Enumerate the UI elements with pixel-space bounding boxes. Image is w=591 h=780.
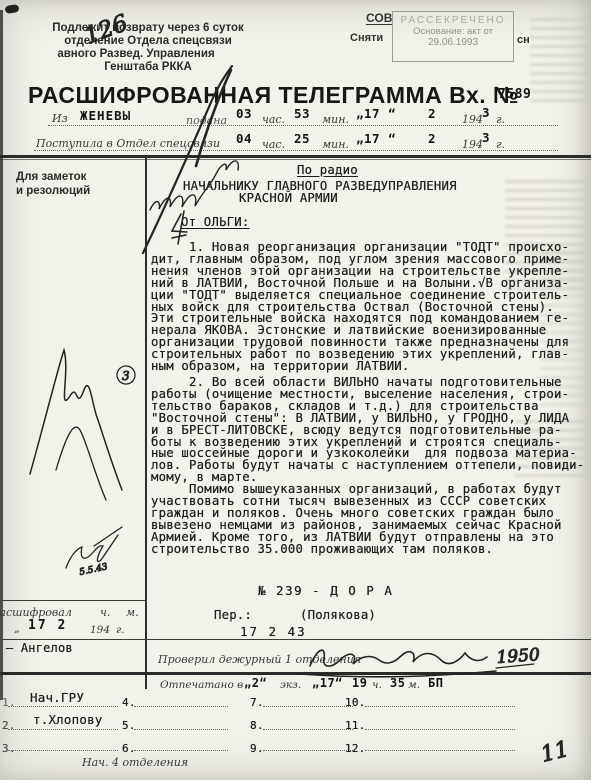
sent-min: 53 — [294, 106, 310, 121]
return-notice-line4: Генштаба РККА — [8, 61, 288, 74]
recv-month: 2 — [428, 131, 436, 146]
section4-chief-label: Нач. 4 отделения — [82, 756, 188, 769]
sent-g-label: г. — [496, 113, 505, 126]
classification-sn: сн — [517, 34, 530, 46]
printed-label2: экз. — [280, 679, 301, 691]
decrypt-date-quote: „ — [14, 622, 20, 635]
printed-ch-label: ч. — [372, 679, 382, 691]
decryptor-name: — Ангелов — [6, 641, 73, 655]
printed-copies: „2“ — [244, 676, 267, 690]
footer-heavy-rule — [0, 672, 591, 675]
handwritten-1950: 1950 — [496, 645, 541, 668]
from-city: ЖЕНЕВЫ — [80, 108, 131, 123]
translator-label: Пер.: — [214, 608, 252, 622]
stamp-date: 29.06.1993 — [393, 37, 513, 48]
sender-line: От ОЛЬГИ: — [181, 215, 249, 229]
printed-label1: Отпечатано в — [160, 679, 243, 691]
dist-line-12 — [365, 749, 515, 751]
dist-num-7: 7. — [250, 696, 264, 709]
dist-num-8: 8. — [250, 719, 264, 732]
decrypt-date: 17 2 — [28, 618, 67, 633]
received-label: Поступила в Отдел спецсвязи — [36, 137, 220, 150]
circled-3-ring — [117, 366, 135, 384]
sent-hour: 03 — [236, 106, 252, 121]
dist-line-6 — [134, 749, 228, 751]
dist-line-11 — [365, 728, 515, 730]
recv-min-label: мин. — [322, 138, 349, 151]
sent-min-label: мин. — [322, 113, 349, 126]
margin-vertical-rule — [145, 157, 147, 689]
margin-scribble — [30, 350, 122, 490]
recv-year-label: 194 — [462, 138, 483, 151]
decrypted-m-label: м. — [126, 606, 139, 619]
dist-line-5 — [134, 728, 228, 730]
dist-line-2 — [8, 728, 118, 730]
margin-scribble-2 — [56, 427, 106, 500]
printed-min: 35 — [390, 676, 405, 690]
scan-left-edge — [0, 10, 3, 700]
handwritten-11: 11 — [538, 737, 571, 768]
body-paragraph-3: Помимо вышеуказанных организаций, в рабо… — [151, 484, 562, 555]
printed-m-label: м. — [408, 679, 420, 691]
telegram-document: Подлежит возврату через 6 суток отделени… — [0, 0, 591, 780]
notes-label: Для заметок и резолюций — [16, 170, 90, 198]
sent-year-digit: 3 — [482, 105, 490, 120]
dist-num-10: 10. — [345, 696, 365, 709]
dist-line-9 — [263, 749, 353, 751]
decrypt-g-label: г. — [116, 624, 125, 636]
dist-value-2: т.Хлопову — [33, 712, 103, 727]
header-rule — [0, 155, 591, 158]
scan-corner-blob — [5, 4, 20, 14]
addressee-line2: КРАСНОЙ АРМИИ — [239, 191, 338, 205]
dist-num-5: 5. — [122, 719, 136, 732]
stamp-basis: Основание: акт от — [393, 26, 513, 37]
decrypt-year-label: 194 — [90, 624, 110, 636]
translator-underline — [0, 639, 591, 640]
stamp-title: РАССЕКРЕЧЕНО — [393, 15, 513, 26]
sent-year-label: 194 — [462, 113, 483, 126]
translation-date: 17 2 43 — [240, 624, 307, 639]
sent-hour-label: час. — [262, 113, 285, 126]
printed-bp: БП — [428, 676, 443, 690]
dist-num-1: 1. — [2, 696, 16, 709]
footer-left-box-top — [0, 600, 145, 601]
decrypted-ch-label: ч. — [100, 606, 110, 619]
dist-num-2: 2. — [2, 719, 16, 732]
transmission-method: По радио — [297, 163, 358, 177]
sent-day: „17 “ — [356, 106, 396, 121]
incoming-number: 7589 — [498, 87, 531, 102]
dist-line-1 — [8, 705, 118, 707]
recv-hour-label: час. — [262, 138, 285, 151]
checked-by-label: Проверил дежурный 1 отделения — [158, 653, 361, 666]
header-rule-2 — [0, 159, 591, 160]
return-notice-line3: авного Развед. Управления — [0, 48, 288, 61]
circled-3-digit: 3 — [122, 369, 130, 383]
declassification-stamp: РАССЕКРЕЧЕНО Основание: акт от 29.06.199… — [392, 11, 514, 62]
recv-min: 25 — [294, 131, 310, 146]
printed-day: „17“ — [312, 676, 343, 690]
recv-day: „17 “ — [356, 131, 396, 146]
podana-label: подана — [186, 114, 227, 127]
margin-signature — [66, 527, 122, 568]
return-notice-line1: Подлежит возврату через 6 суток — [8, 22, 288, 35]
notes-label-line1: Для заметок — [16, 170, 90, 184]
classification-snyatie: Сняти — [350, 32, 383, 44]
notes-label-line2: и резолюций — [16, 184, 90, 198]
bleed-through-3 — [530, 18, 588, 108]
dist-value-1: Нач.ГРУ — [30, 690, 84, 705]
dist-line-4 — [134, 705, 228, 707]
page-title: РАСШИФРОВАННАЯ ТЕЛЕГРАММА Вх. № — [28, 82, 519, 110]
recv-g-label: г. — [496, 138, 505, 151]
dist-line-10 — [365, 705, 515, 707]
printed-hour: 19 — [352, 676, 367, 690]
recv-year-digit: 3 — [482, 130, 490, 145]
underline-1950 — [496, 664, 534, 668]
from-label: Из — [52, 112, 68, 125]
dist-line-3 — [8, 749, 118, 751]
return-notice-line2: отделение Отдела спецсвязи — [8, 35, 288, 48]
recv-hour: 04 — [236, 131, 252, 146]
dist-num-11: 11. — [345, 719, 365, 732]
body-paragraph-1: 1. Новая реорганизация организации "ТОДТ… — [151, 242, 569, 373]
dist-num-9: 9. — [250, 742, 264, 755]
dist-num-12: 12. — [345, 742, 365, 755]
body-paragraph-2: 2. Во всей области ВИЛЬНО начаты подгото… — [151, 377, 584, 484]
sent-month: 2 — [428, 106, 436, 121]
dist-num-4: 4. — [122, 696, 136, 709]
dist-line-7 — [263, 705, 353, 707]
margin-signature-date: 5.5.43 — [79, 562, 109, 578]
return-notice: Подлежит возврату через 6 суток отделени… — [8, 22, 288, 74]
translator-name: (Полякова) — [300, 608, 376, 622]
classification-sov: СОВ — [366, 11, 392, 25]
dist-line-8 — [263, 728, 353, 730]
agent-sign-off: № 239 - Д О Р А — [258, 583, 393, 598]
